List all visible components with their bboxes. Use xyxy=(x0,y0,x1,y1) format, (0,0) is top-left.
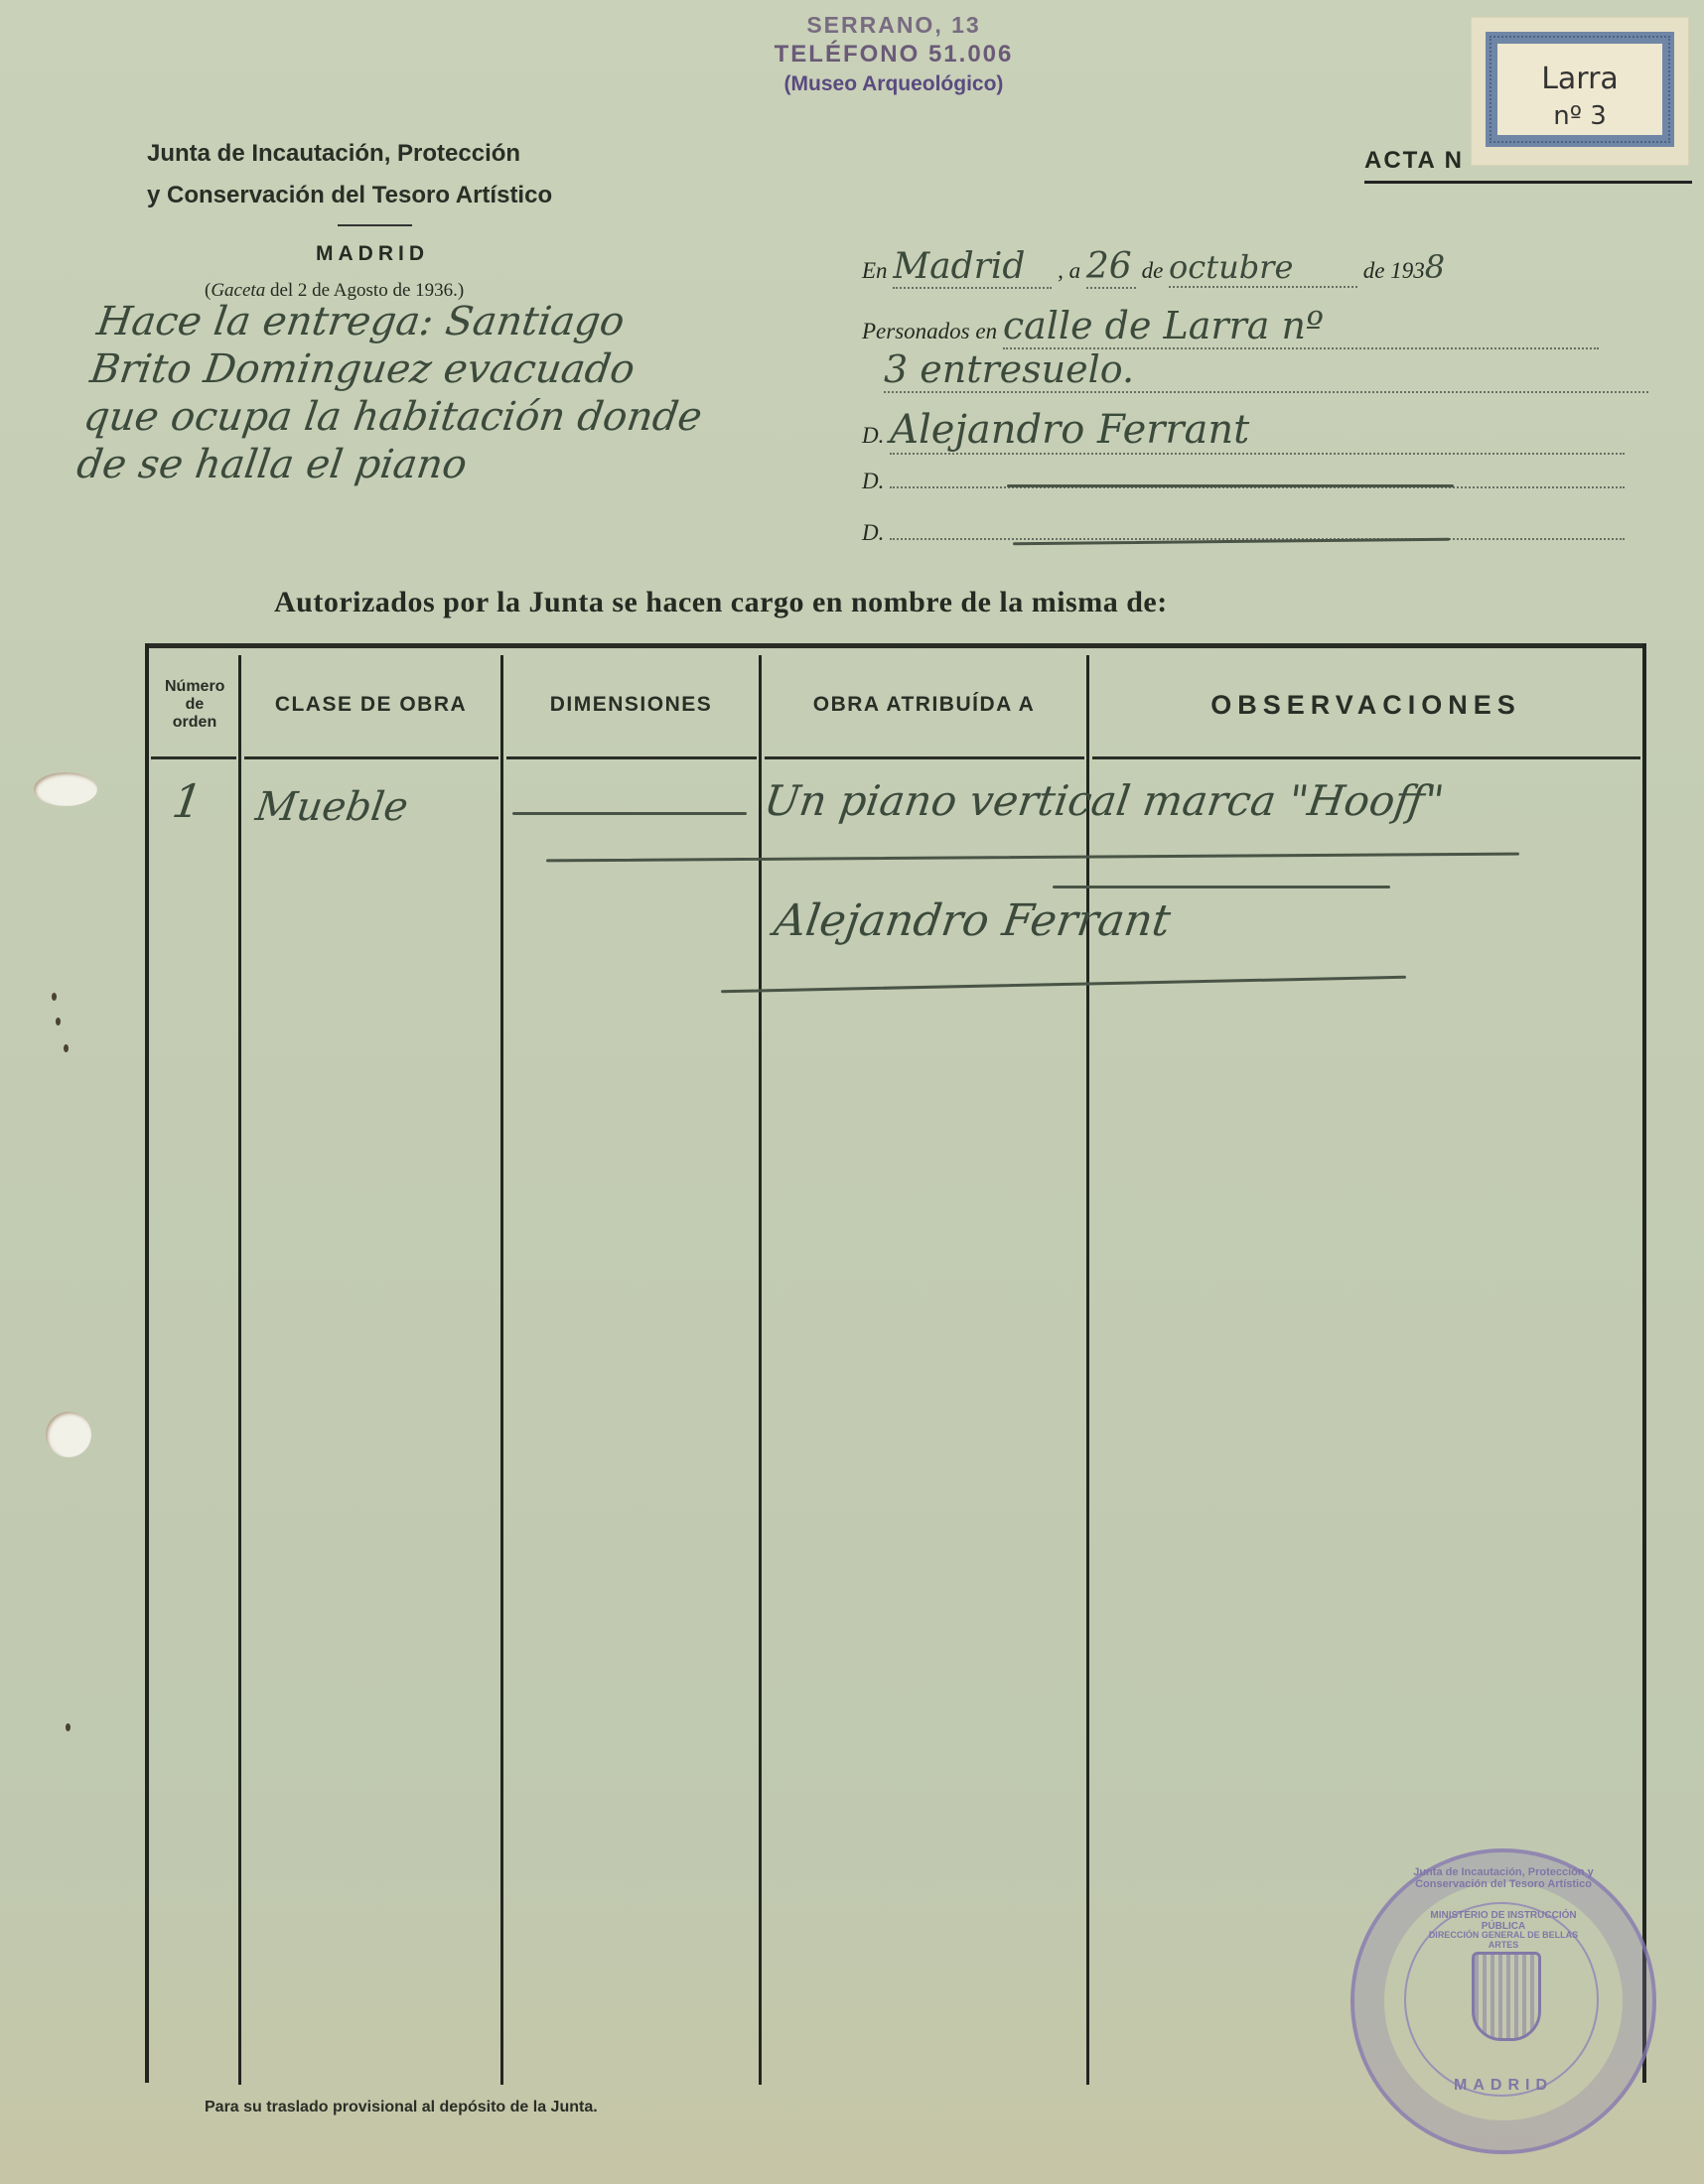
row-number: 1 xyxy=(169,774,206,828)
row-clase: Mueble xyxy=(253,784,411,830)
column-header-dimensiones: DIMENSIONES xyxy=(503,655,759,754)
location-field-cont: 3 entresuelo. xyxy=(884,347,1648,393)
note-line: de se halla el piano xyxy=(74,441,836,488)
seal-outer-text: Junta de Incautación, Protección y Conse… xyxy=(1354,1866,1652,1890)
seal-direction-text: DIRECCIÓN GENERAL DE BELLAS ARTES xyxy=(1354,1930,1652,1950)
institution-line-2: y Conservación del Tesoro Artístico xyxy=(147,175,552,216)
day-field: 26 xyxy=(1086,246,1136,289)
address-stamp: SERRANO, 13 TELÉFONO 51.006 (Museo Arque… xyxy=(695,10,1092,99)
header-bottom-rule xyxy=(765,756,1084,759)
city-label: MADRID xyxy=(316,242,429,266)
document-type: ACTA N xyxy=(1364,147,1464,175)
column-header-clase: CLASE DE OBRA xyxy=(241,655,500,754)
cancel-stroke xyxy=(1053,886,1390,888)
header-bottom-rule xyxy=(506,756,757,759)
paper-speck xyxy=(66,1723,71,1731)
place-field: Madrid xyxy=(893,246,1052,289)
seal-ministry-text: MINISTERIO DE INSTRUCCIÓN PÚBLICA xyxy=(1354,1910,1652,1932)
header-bottom-rule xyxy=(151,756,236,759)
row-dimensiones-dash xyxy=(512,812,747,815)
header-bottom-rule xyxy=(244,756,498,759)
coat-of-arms-icon xyxy=(1472,1952,1541,2041)
col-divider xyxy=(759,655,762,2085)
seal-city-text: MADRID xyxy=(1354,2077,1652,2095)
sticker-number: nº 3 xyxy=(1497,101,1662,131)
note-line: Hace la entrega: Santiago xyxy=(94,298,856,345)
column-header-numero: Número de orden xyxy=(151,655,238,754)
paper-speck xyxy=(52,993,57,1001)
table-title: Autorizados por la Junta se hacen cargo … xyxy=(274,586,1168,619)
header-bottom-rule xyxy=(1092,756,1640,759)
cancel-stroke xyxy=(546,853,1519,863)
date-line: En Madrid , a 26 de octubre de 1938 xyxy=(862,246,1646,289)
punch-hole-top xyxy=(34,772,97,806)
cancel-stroke xyxy=(1007,484,1454,487)
footer-note: Para su traslado provisional al depósito… xyxy=(205,2099,598,2116)
address-museum: (Museo Arqueológico) xyxy=(695,69,1092,99)
divider xyxy=(338,224,412,226)
sticker-street: Larra xyxy=(1497,62,1662,96)
institution-name: Junta de Incautación, Protección y Conse… xyxy=(147,133,552,216)
col-divider xyxy=(238,655,241,2085)
location-label-sticker: Larra nº 3 xyxy=(1472,18,1688,165)
person-line-2: D. xyxy=(862,467,1646,494)
sticker-frame: Larra nº 3 xyxy=(1486,32,1674,147)
col-divider xyxy=(500,655,503,2085)
official-seal: Junta de Incautación, Protección y Conse… xyxy=(1350,1848,1656,2154)
address-phone: TELÉFONO 51.006 xyxy=(695,40,1092,69)
col-divider xyxy=(1086,655,1089,2085)
person-field-1: Alejandro Ferrant xyxy=(890,407,1625,455)
document-number-line xyxy=(1364,181,1692,184)
year-field: 8 xyxy=(1425,248,1445,286)
paper-speck xyxy=(64,1044,69,1052)
location-field: calle de Larra nº xyxy=(1003,304,1599,349)
note-line: Brito Dominguez evacuado xyxy=(87,345,849,393)
location-line: Personados en calle de Larra nº xyxy=(862,304,1656,349)
institution-line-1: Junta de Incautación, Protección xyxy=(147,133,552,175)
row-description: Un piano vertical marca "Hooff" xyxy=(762,776,1447,825)
punch-hole-bottom xyxy=(46,1412,91,1457)
column-header-observaciones: OBSERVACIONES xyxy=(1089,655,1642,754)
table-top-border xyxy=(145,643,1646,648)
address-street: SERRANO, 13 xyxy=(695,10,1092,40)
person-line-1: D. Alejandro Ferrant xyxy=(862,407,1646,455)
month-field: octubre xyxy=(1169,248,1357,288)
column-header-atribuida: OBRA ATRIBUÍDA A xyxy=(762,655,1086,754)
paper-speck xyxy=(56,1018,61,1025)
person-field-3 xyxy=(890,518,1625,540)
handwritten-note: Hace la entrega: Santiago Brito Domingue… xyxy=(74,298,856,488)
signature: Alejandro Ferrant xyxy=(771,895,1173,946)
table-left-border xyxy=(145,643,149,2083)
note-line: que ocupa la habitación donde xyxy=(80,393,842,441)
cancel-stroke xyxy=(721,976,1406,993)
